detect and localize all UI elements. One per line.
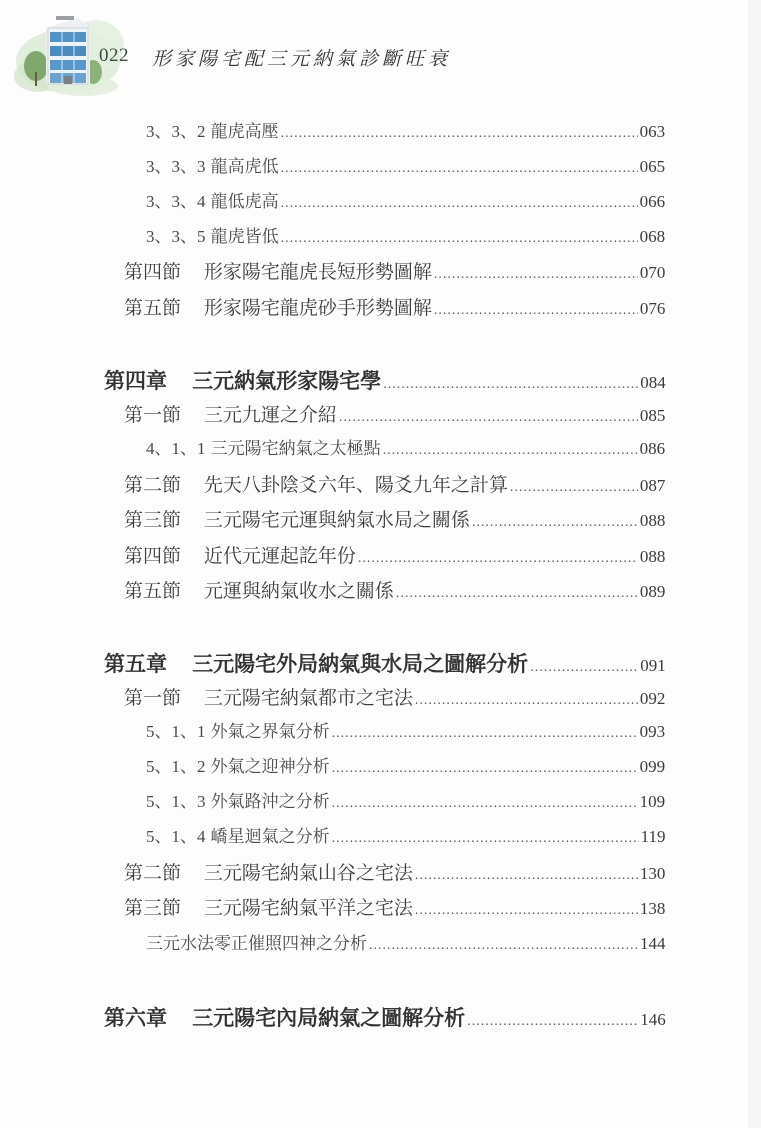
toc-entry-label: 第二節先天八卦陰爻六年、陽爻九年之計算 [124, 470, 508, 497]
toc-entry-number: 第二節 [124, 474, 181, 496]
toc-entry-title: 三元九運之介紹 [204, 404, 337, 426]
toc-entry-label: 5、1、1外氣之界氣分析 [146, 717, 330, 742]
toc-subsection-entry[interactable]: 4、1、1三元陽宅納氣之太極點.........................… [146, 434, 668, 462]
toc-section-entry[interactable]: 第五節形家陽宅龍虎砂手形勢圖解.........................… [124, 293, 668, 321]
dot-leader: ........................................… [415, 868, 638, 884]
toc-entry-title: 三元陽宅外局納氣與水局之圖解分析 [192, 651, 528, 676]
toc-entry-page: 065 [640, 157, 666, 177]
toc-entry-number: 第五章 [104, 651, 167, 676]
toc-entry-label: 第四節形家陽宅龍虎長短形勢圖解 [124, 257, 432, 284]
toc-entry-page: 093 [640, 722, 666, 742]
toc-entry-page: 088 [640, 547, 666, 567]
toc-entry-title: 三元陽宅納氣山谷之宅法 [204, 862, 413, 884]
toc-entry-label: 第五節形家陽宅龍虎砂手形勢圖解 [124, 293, 432, 320]
toc-entry-label: 第六章三元陽宅內局納氣之圖解分析 [104, 1002, 465, 1032]
toc-entry-page: 076 [640, 299, 666, 319]
toc-entry-label: 3、3、4龍低虎高 [146, 187, 279, 212]
toc-entry-label: 第五章三元陽宅外局納氣與水局之圖解分析 [104, 648, 528, 678]
toc-entry-page: 119 [641, 827, 666, 847]
toc-section-entry[interactable]: 第一節三元陽宅納氣都市之宅法..........................… [124, 683, 668, 711]
toc-entry-page: 099 [640, 757, 666, 777]
toc-section-entry[interactable]: 第三節三元陽宅元運與納氣水局之關係.......................… [124, 505, 668, 533]
toc-entry-label: 第三節三元陽宅元運與納氣水局之關係 [124, 505, 470, 532]
toc-entry-title: 嶠星迴氣之分析 [211, 827, 330, 847]
toc-entry-label: 第三節三元陽宅納氣平洋之宅法 [124, 893, 413, 920]
toc-entry-page: 084 [640, 373, 666, 393]
toc-entry-number: 第四節 [124, 261, 181, 283]
dot-leader: ........................................… [332, 761, 638, 777]
toc-entry-label: 第一節三元九運之介紹 [124, 400, 337, 427]
toc-entry-title: 龍虎高壓 [211, 122, 279, 142]
running-title: 形家陽宅配三元納氣診斷旺衰 [152, 44, 451, 71]
toc-entry-title: 元運與納氣收水之關係 [204, 580, 394, 602]
dot-leader: ........................................… [358, 551, 638, 567]
toc-entry-title: 外氣路沖之分析 [211, 792, 330, 812]
toc-entry-label: 第四節近代元運起訖年份 [124, 541, 356, 568]
dot-leader: ........................................… [281, 231, 638, 247]
dot-leader: ........................................… [415, 903, 638, 919]
dot-leader: ........................................… [396, 586, 638, 602]
dot-leader: ........................................… [383, 377, 638, 393]
toc-entry-number: 3、3、3 [146, 157, 206, 176]
toc-entry-title: 形家陽宅龍虎砂手形勢圖解 [204, 297, 432, 319]
toc-section-entry[interactable]: 第四節近代元運起訖年份.............................… [124, 541, 668, 569]
dot-leader: ........................................… [434, 267, 638, 283]
dot-leader: ........................................… [383, 443, 638, 459]
toc-entry-page: 138 [640, 899, 666, 919]
toc-entry-page: 070 [640, 263, 666, 283]
toc-entry-number: 第二節 [124, 862, 181, 884]
toc-subsection-entry[interactable]: 5、1、2外氣之迎神分析............................… [146, 752, 668, 780]
toc-entry-title: 近代元運起訖年份 [204, 545, 356, 567]
dot-leader: ........................................… [339, 410, 638, 426]
toc-entry-label: 第二節三元陽宅納氣山谷之宅法 [124, 858, 413, 885]
toc-chapter-entry[interactable]: 第四章三元納氣形家陽宅學............................… [104, 365, 668, 393]
dot-leader: ........................................… [281, 161, 638, 177]
toc-entry-number: 4、1、1 [146, 439, 206, 458]
toc-subsection-entry[interactable]: 5、1、1外氣之界氣分析............................… [146, 717, 668, 745]
dot-leader: ........................................… [332, 796, 638, 812]
toc-entry-page: 109 [640, 792, 666, 812]
toc-subsection-entry[interactable]: 5、1、4嶠星迴氣之分析............................… [146, 822, 668, 850]
toc-entry-number: 第三節 [124, 897, 181, 919]
toc-entry-title: 三元陽宅內局納氣之圖解分析 [192, 1005, 465, 1030]
toc-entry-number: 5、1、2 [146, 757, 206, 776]
toc-entry-number: 3、3、2 [146, 122, 206, 141]
toc-entry-number: 第四節 [124, 545, 181, 567]
toc-entry-number: 第四章 [104, 368, 167, 393]
toc-entry-page: 144 [640, 934, 666, 954]
toc-subsection-entry[interactable]: 3、3、2龍虎高壓...............................… [146, 117, 668, 145]
toc-entry-number: 5、1、4 [146, 827, 206, 846]
toc-entry-label: 3、3、2龍虎高壓 [146, 117, 279, 142]
toc-entry-title: 外氣之迎神分析 [211, 757, 330, 777]
toc-entry-label: 三元水法零正催照四神之分析 [146, 929, 367, 954]
toc-entry-title: 龍低虎高 [211, 192, 279, 212]
toc-entry-number: 第一節 [124, 687, 181, 709]
toc-entry-number: 第一節 [124, 404, 181, 426]
toc-entry-label: 第四章三元納氣形家陽宅學 [104, 365, 381, 395]
toc-entry-page: 088 [640, 511, 666, 531]
dot-leader: ........................................… [472, 515, 638, 531]
toc-entry-page: 146 [640, 1010, 666, 1030]
toc-section-entry[interactable]: 第五節元運與納氣收水之關係...........................… [124, 576, 668, 604]
toc-entry-title: 外氣之界氣分析 [211, 722, 330, 742]
toc-entry-number: 第六章 [104, 1005, 167, 1030]
toc-entry-title: 龍高虎低 [211, 157, 279, 177]
toc-entry-title: 三元陽宅納氣平洋之宅法 [204, 897, 413, 919]
toc-chapter-entry[interactable]: 第五章三元陽宅外局納氣與水局之圖解分析.....................… [104, 648, 668, 676]
page-edge-shadow [748, 0, 761, 1128]
toc-entry-title: 龍虎皆低 [211, 227, 279, 247]
dot-leader: ........................................… [530, 660, 638, 676]
toc-entry-page: 092 [640, 689, 666, 709]
toc-entry-page: 087 [640, 476, 666, 496]
toc-entry-page: 066 [640, 192, 666, 212]
toc-entry-title: 三元納氣形家陽宅學 [192, 368, 381, 393]
toc-subsection-entry[interactable]: 三元水法零正催照四神之分析...........................… [146, 929, 668, 957]
toc-entry-number: 第五節 [124, 580, 181, 602]
toc-entry-label: 5、1、4嶠星迴氣之分析 [146, 822, 330, 847]
toc-entry-number: 5、1、1 [146, 722, 206, 741]
toc-entry-label: 第一節三元陽宅納氣都市之宅法 [124, 683, 413, 710]
toc-entry-title: 三元陽宅納氣都市之宅法 [204, 687, 413, 709]
toc-entry-number: 3、3、4 [146, 192, 206, 211]
toc-entry-label: 5、1、2外氣之迎神分析 [146, 752, 330, 777]
toc-subsection-entry[interactable]: 5、1、3外氣路沖之分析............................… [146, 787, 668, 815]
toc-entry-number: 第五節 [124, 297, 181, 319]
toc-entry-page: 091 [640, 656, 666, 676]
dot-leader: ........................................… [467, 1014, 638, 1030]
toc-entry-label: 3、3、3龍高虎低 [146, 152, 279, 177]
dot-leader: ........................................… [281, 126, 638, 142]
toc-entry-title: 三元水法零正催照四神之分析 [146, 934, 367, 954]
toc-entry-number: 3、3、5 [146, 227, 206, 246]
toc-entry-label: 第五節元運與納氣收水之關係 [124, 576, 394, 603]
dot-leader: ........................................… [434, 303, 638, 319]
toc-section-entry[interactable]: 第三節三元陽宅納氣平洋之宅法..........................… [124, 893, 668, 921]
toc-section-entry[interactable]: 第二節三元陽宅納氣山谷之宅法..........................… [124, 858, 668, 886]
toc-entry-title: 三元陽宅元運與納氣水局之關係 [204, 509, 470, 531]
dot-leader: ........................................… [281, 196, 638, 212]
toc-subsection-entry[interactable]: 3、3、4龍低虎高...............................… [146, 187, 668, 215]
toc-entry-page: 063 [640, 122, 666, 142]
toc-entry-title: 三元陽宅納氣之太極點 [211, 439, 381, 459]
page-header: 022 形家陽宅配三元納氣診斷旺衰 [0, 0, 460, 100]
toc-entry-page: 089 [640, 582, 666, 602]
toc-subsection-entry[interactable]: 3、3、5龍虎皆低...............................… [146, 222, 668, 250]
toc-section-entry[interactable]: 第一節三元九運之介紹..............................… [124, 400, 668, 428]
toc-entry-label: 5、1、3外氣路沖之分析 [146, 787, 330, 812]
toc-chapter-entry[interactable]: 第六章三元陽宅內局納氣之圖解分析........................… [104, 1002, 668, 1030]
toc-entry-page: 085 [640, 406, 666, 426]
toc-section-entry[interactable]: 第四節形家陽宅龍虎長短形勢圖解.........................… [124, 257, 668, 285]
toc-entry-page: 130 [640, 864, 666, 884]
toc-entry-page: 068 [640, 227, 666, 247]
toc-entry-number: 第三節 [124, 509, 181, 531]
page-number: 022 [99, 45, 129, 67]
toc-section-entry[interactable]: 第二節先天八卦陰爻六年、陽爻九年之計算.....................… [124, 470, 668, 498]
toc-entry-title: 形家陽宅龍虎長短形勢圖解 [204, 261, 432, 283]
toc-entry-label: 4、1、1三元陽宅納氣之太極點 [146, 434, 381, 459]
dot-leader: ........................................… [510, 480, 638, 496]
toc-entry-number: 5、1、3 [146, 792, 206, 811]
dot-leader: ........................................… [332, 831, 639, 847]
dot-leader: ........................................… [332, 726, 638, 742]
toc-subsection-entry[interactable]: 3、3、3龍高虎低...............................… [146, 152, 668, 180]
toc-entry-label: 3、3、5龍虎皆低 [146, 222, 279, 247]
dot-leader: ........................................… [415, 693, 638, 709]
toc-entry-title: 先天八卦陰爻六年、陽爻九年之計算 [204, 474, 508, 496]
dot-leader: ........................................… [369, 938, 638, 954]
toc-entry-page: 086 [640, 439, 666, 459]
